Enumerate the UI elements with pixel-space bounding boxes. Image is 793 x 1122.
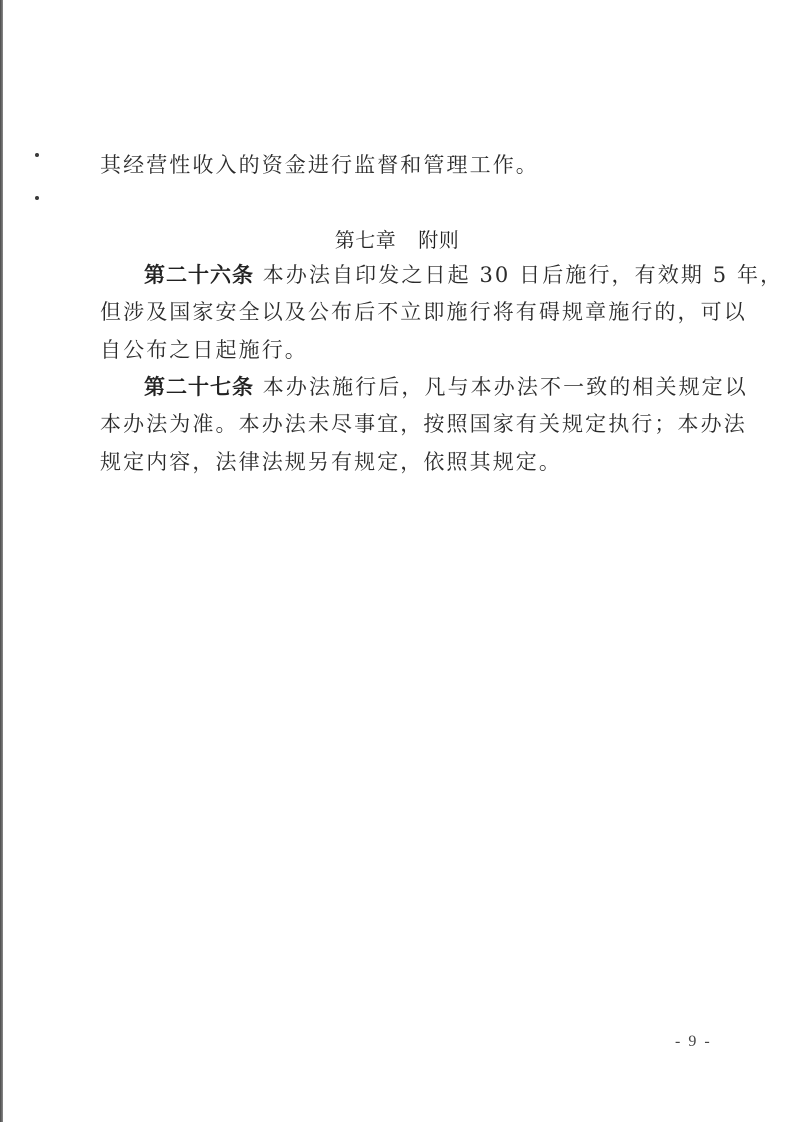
chapter-heading: 第七章附则 — [100, 227, 694, 253]
article-number: 第二十六条 — [144, 263, 254, 287]
article-number: 第二十七条 — [144, 375, 254, 399]
binding-hole-mark — [35, 196, 39, 200]
article-27-line-2: 本办法为准。本办法未尽事宜，按照国家有关规定执行；本办法 — [100, 411, 694, 437]
page-number: - 9 - — [675, 1033, 712, 1051]
article-text: 本办法自印发之日起 30 日后施行，有效期 5 年， — [263, 263, 783, 287]
article-26-line-1: 第二十六条 本办法自印发之日起 30 日后施行，有效期 5 年， — [100, 262, 694, 288]
article-27-line-1: 第二十七条 本办法施行后，凡与本办法不一致的相关规定以 — [100, 374, 694, 400]
chapter-title: 附则 — [418, 228, 459, 252]
binding-hole-mark — [35, 153, 39, 157]
scan-edge — [0, 0, 3, 1122]
continuation-text: 其经营性收入的资金进行监督和管理工作。 — [100, 152, 694, 178]
article-26-line-3: 自公布之日起施行。 — [100, 337, 694, 363]
article-27-line-3: 规定内容，法律法规另有规定，依照其规定。 — [100, 449, 694, 475]
article-text: 本办法施行后，凡与本办法不一致的相关规定以 — [263, 375, 748, 399]
chapter-number: 第七章 — [335, 228, 397, 252]
article-26-line-2: 但涉及国家安全以及公布后不立即施行将有碍规章施行的，可以 — [100, 299, 694, 325]
